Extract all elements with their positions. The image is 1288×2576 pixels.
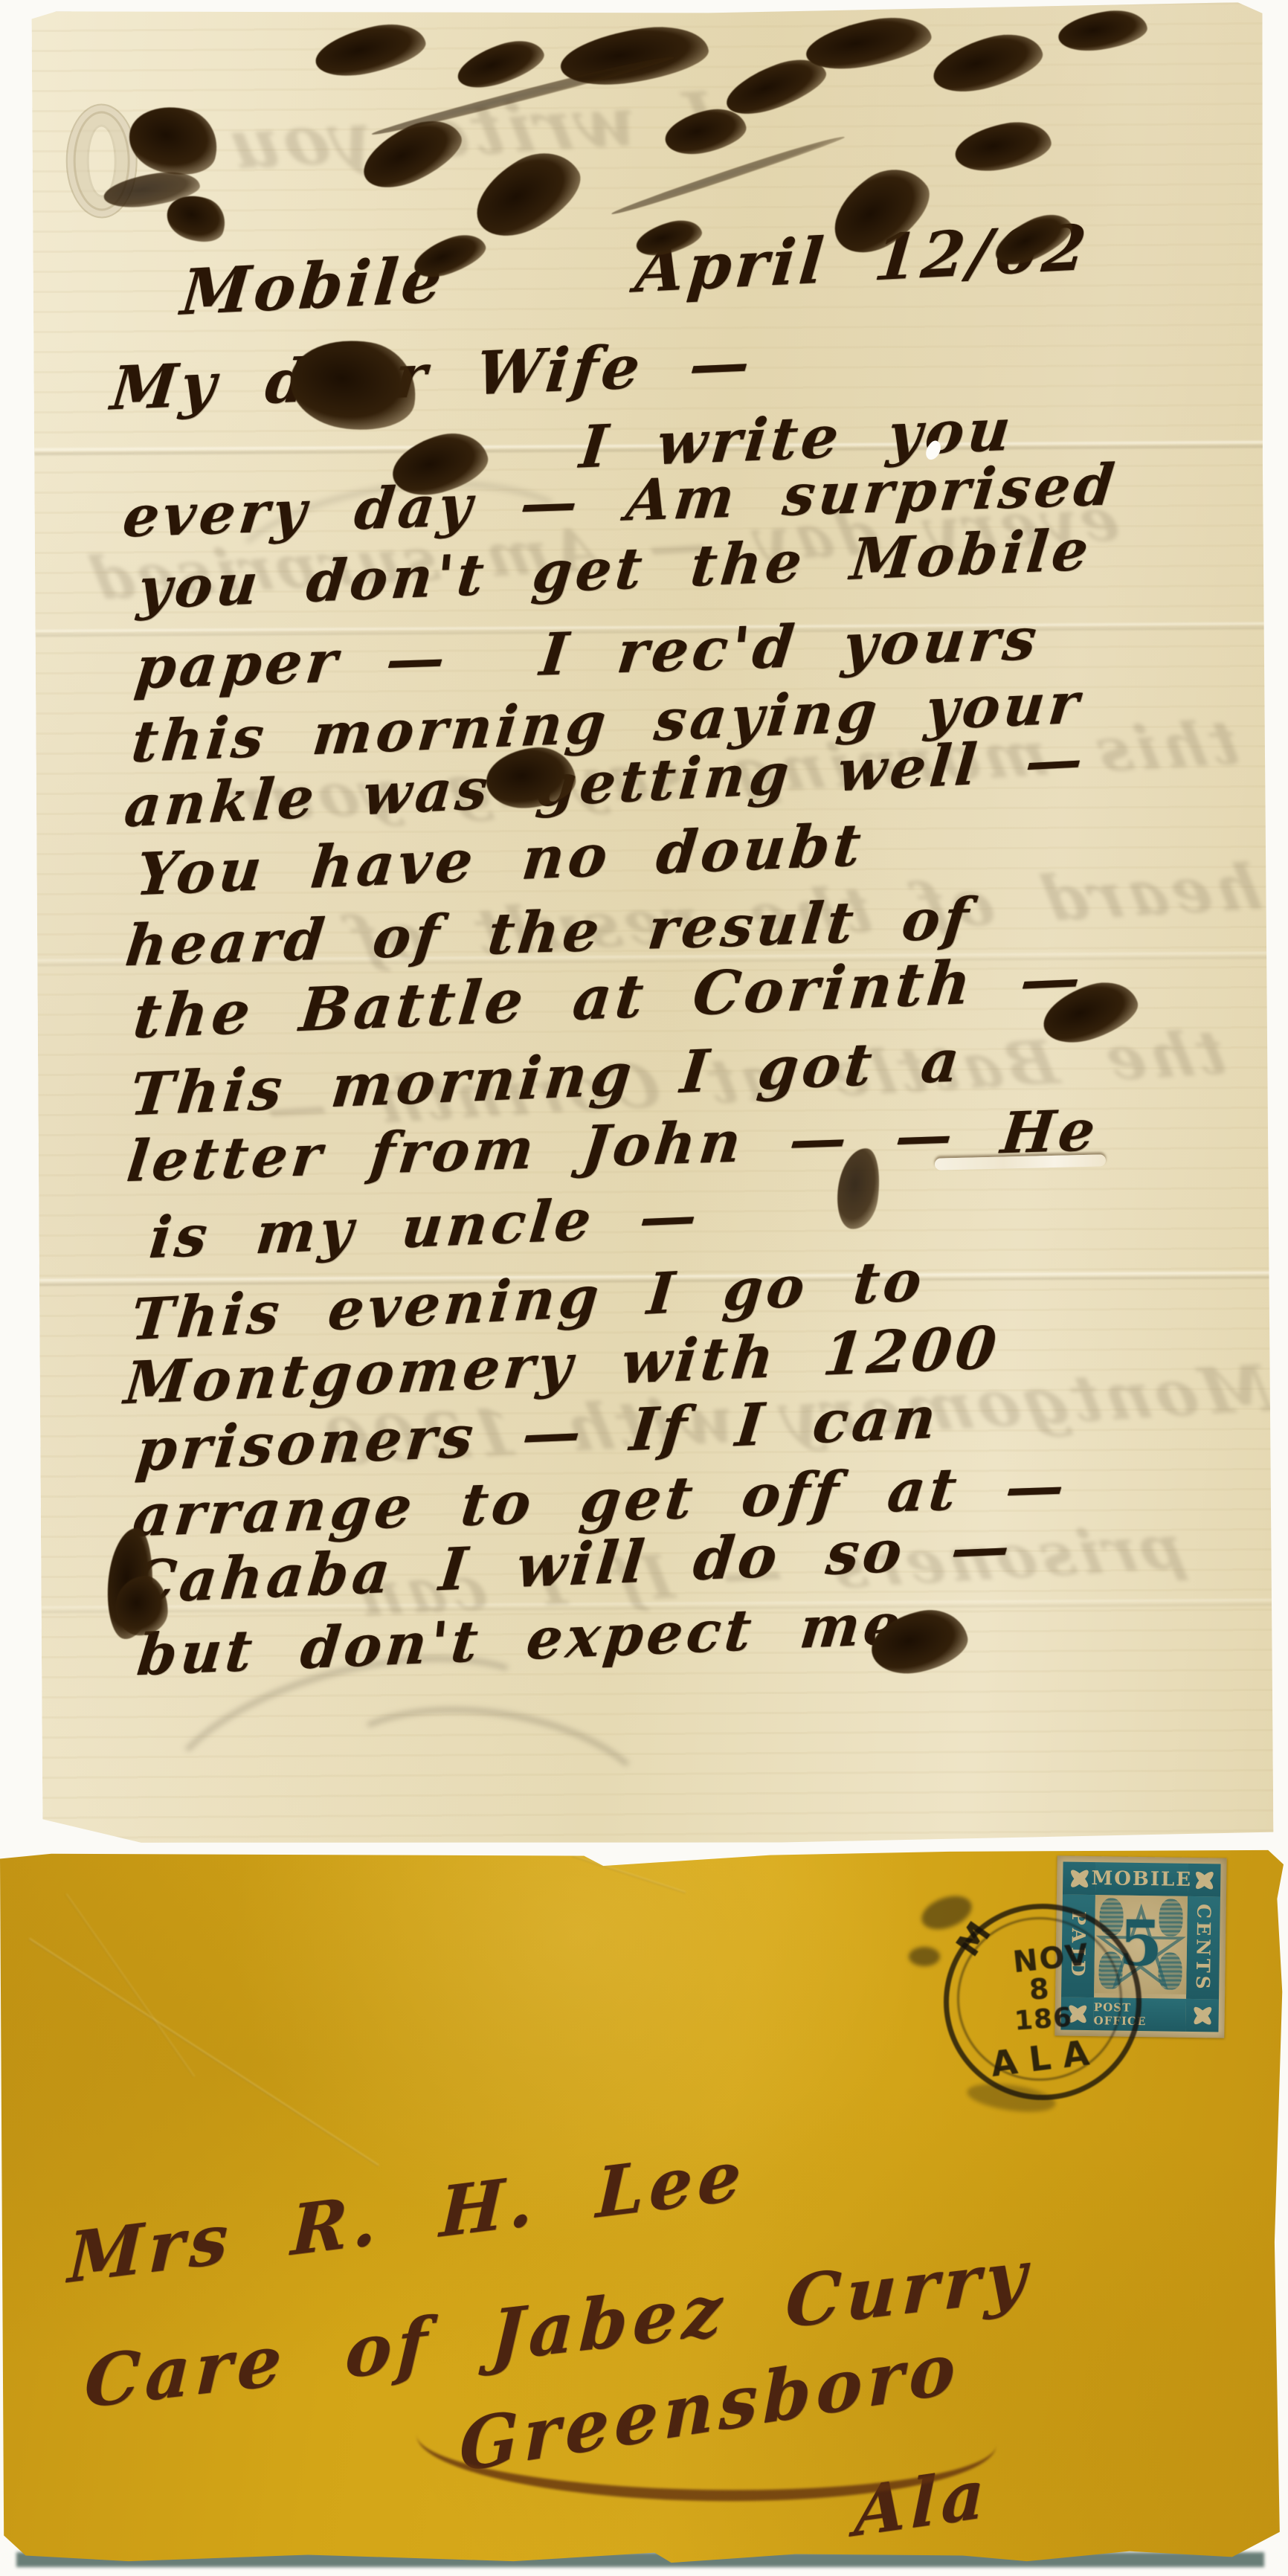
stamp-cents-band: CENTS — [1186, 1896, 1220, 2000]
envelope-crease — [28, 1938, 379, 2167]
ink-blot — [927, 25, 1048, 101]
postmark-month: NOV — [1011, 1940, 1091, 1978]
ink-blot — [951, 116, 1054, 177]
postmark-year: 186 — [1014, 2004, 1073, 2035]
stamp-corner-ornament-icon — [1185, 1999, 1219, 2032]
ink-blot — [802, 10, 935, 77]
envelope: MOBILE PAID CENTS POST OFFICE ☆ 5 M NOV … — [0, 1849, 1284, 2564]
envelope-crease — [65, 1893, 196, 2077]
ink-blot — [122, 97, 225, 184]
stamp-name-band: MOBILE — [1095, 1862, 1188, 1896]
ink-blot — [311, 16, 429, 84]
address-recipient: Mrs R. H. Lee — [67, 2140, 747, 2293]
scanned-letter-and-envelope: I write you every day — Am surprised thi… — [0, 0, 1288, 2576]
letter-sheet: I write you every day — Am surprised thi… — [31, 2, 1273, 1852]
postmark-day: 8 — [1028, 1974, 1050, 2004]
ink-bleedthrough: I write you — [219, 83, 726, 179]
stamp-corner-ornament-icon — [1188, 1864, 1221, 1897]
letter-dateline: Mobile April 12/62 — [178, 216, 1092, 324]
postmark-smudge — [909, 1947, 940, 1966]
letter-line: is my uncle — — [147, 1187, 703, 1266]
ink-blot — [115, 1576, 167, 1635]
ink-blot — [1056, 6, 1150, 56]
letter-salutation: My dear Wife — — [109, 332, 756, 419]
envelope-crease — [572, 1855, 686, 1893]
